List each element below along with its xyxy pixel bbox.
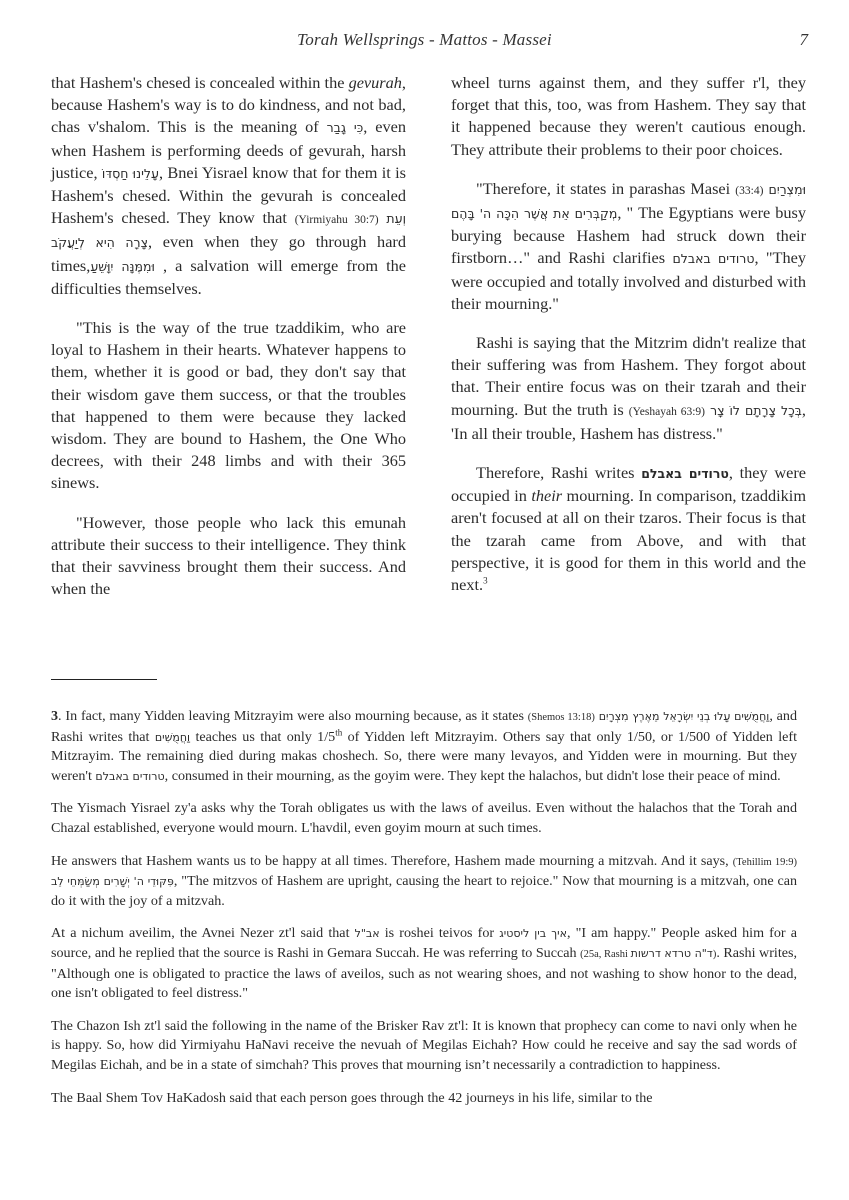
hebrew-quote: וַחֲמֻשִׁים עָלוּ בְנֵי יִשְׂרָאֵל מֵאֶר… — [599, 710, 770, 723]
hebrew-quote: ד"ה טרדא דרשות — [631, 947, 713, 960]
paragraph: wheel turns against them, and they suffe… — [451, 72, 806, 161]
footnote-paragraph: The Yismach Yisrael zy'a asks why the To… — [51, 799, 797, 838]
right-column: wheel turns against them, and they suffe… — [451, 72, 806, 617]
text: At a nichum aveilim, the Avnei Nezer zt'… — [51, 925, 355, 941]
source-citation: (Shemos 13:18) — [528, 712, 595, 723]
footnotes-section: 3. In fact, many Yidden leaving Mitzrayi… — [51, 707, 797, 1121]
hebrew-quote: כִּי גָבַר — [327, 120, 364, 135]
running-header: Torah Wellsprings - Mattos - Massei 7 — [0, 30, 849, 56]
hebrew-quote: פִּקּוּדֵי ה' יְשָׁרִים מְשַׂמְּחֵי לֵב — [51, 875, 174, 888]
text: , consumed in their mourning, as the goy… — [165, 768, 781, 784]
hebrew-quote: טרודים באבלם — [641, 466, 729, 481]
source-citation: (25a, Rashi — [580, 949, 631, 960]
hebrew-quote: וּמִמֶּנָּה יִוָּשֵׁעַ — [90, 259, 155, 274]
text: He answers that Hashem wants us to be ha… — [51, 853, 733, 869]
italic-text: gevurah — [349, 73, 402, 92]
italic-text: their — [531, 486, 562, 505]
text: is roshei teivos for — [380, 925, 500, 941]
footnote-number: 3 — [51, 708, 58, 724]
footnote-3: 3. In fact, many Yidden leaving Mitzrayi… — [51, 707, 797, 786]
paragraph: that Hashem's chesed is concealed within… — [51, 72, 406, 300]
footnote-paragraph: He answers that Hashem wants us to be ha… — [51, 852, 797, 912]
footnote-paragraph: At a nichum aveilim, the Avnei Nezer zt'… — [51, 924, 797, 1003]
source-citation: (Tehillim 19:9) — [733, 857, 797, 868]
source-citation: (33:4) — [735, 185, 763, 197]
text: that Hashem's chesed is concealed within… — [51, 73, 349, 92]
running-title: Torah Wellsprings - Mattos - Massei — [0, 30, 849, 50]
hebrew-quote: וַחֲמֻשִׁים — [155, 731, 190, 744]
hebrew-quote: אב"ל — [355, 927, 380, 940]
hebrew-quote: בְּכָל צָרָתָם לוֹ צָר — [710, 403, 802, 418]
footnote-divider — [51, 679, 157, 680]
paragraph: "Therefore, it states in parashas Masei … — [451, 178, 806, 315]
paragraph: Therefore, Rashi writes טרודים באבלם, th… — [451, 462, 806, 596]
paragraph: "This is the way of the true tzaddikim, … — [51, 317, 406, 495]
text: Therefore, Rashi writes — [476, 463, 641, 482]
left-column: that Hashem's chesed is concealed within… — [51, 72, 406, 617]
paragraph: "However, those people who lack this emu… — [51, 512, 406, 601]
hebrew-quote: טרודים באבלם — [672, 251, 754, 266]
body-columns: that Hashem's chesed is concealed within… — [51, 72, 806, 617]
hebrew-quote: איך בין ליסטיג — [499, 927, 567, 940]
text: teaches us that only 1/5 — [190, 729, 335, 745]
footnote-reference[interactable]: 3 — [483, 576, 488, 586]
text: "Therefore, it states in parashas Masei — [476, 179, 735, 198]
source-citation: (Yirmiyahu 30:7) — [295, 214, 379, 226]
source-citation: (Yeshayah 63:9) — [629, 406, 705, 418]
footnote-paragraph: The Baal Shem Tov HaKadosh said that eac… — [51, 1089, 797, 1109]
text: . In fact, many Yidden leaving Mitzrayim… — [58, 708, 528, 724]
paragraph: Rashi is saying that the Mitzrim didn't … — [451, 332, 806, 445]
footnote-paragraph: The Chazon Ish zt'l said the following i… — [51, 1017, 797, 1076]
hebrew-quote: טרודים באבלם — [95, 770, 164, 783]
hebrew-quote: עָלֵינוּ חַסְדּוֹ — [102, 166, 159, 181]
page-number: 7 — [800, 30, 809, 50]
